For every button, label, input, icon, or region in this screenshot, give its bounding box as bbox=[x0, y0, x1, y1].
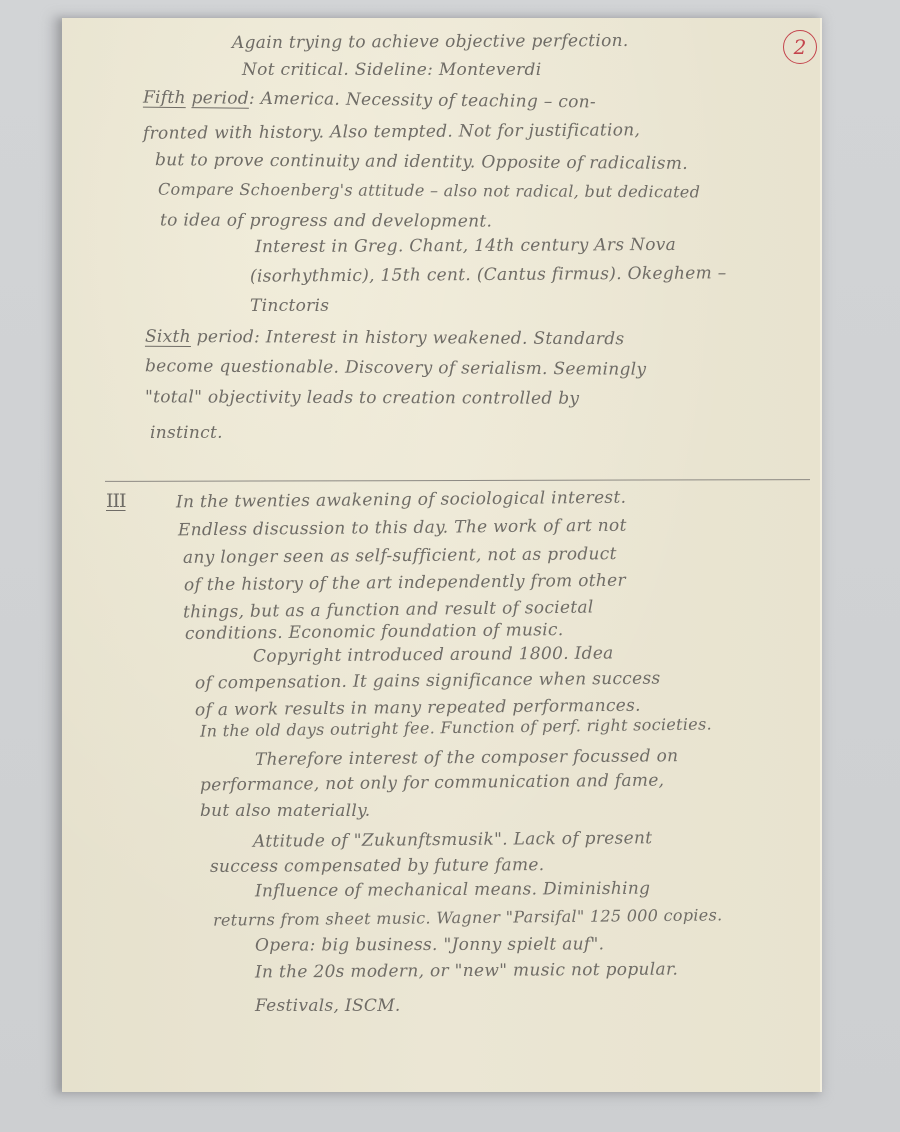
line-20: conditions. Economic foundation of music… bbox=[185, 622, 564, 643]
line-26: performance, not only for communication … bbox=[200, 773, 665, 795]
line-34: Festivals, ISCM. bbox=[255, 998, 401, 1015]
line-1: Again trying to achieve objective perfec… bbox=[232, 33, 629, 52]
line-7: to idea of progress and development. bbox=[160, 212, 492, 230]
line-30: Influence of mechanical means. Diminishi… bbox=[255, 881, 650, 901]
line-5: but to prove continuity and identity. Op… bbox=[155, 152, 688, 173]
line-25: Therefore interest of the composer focus… bbox=[255, 748, 678, 769]
line-18: of the history of the art independently … bbox=[184, 573, 626, 595]
line-sixth-period: Sixth period: Interest in history weaken… bbox=[145, 329, 625, 349]
sixth-text: period: Interest in history weakened. St… bbox=[191, 327, 625, 349]
line-2: Not critical. Sideline: Monteverdi bbox=[242, 62, 541, 79]
fifth-label: Fifth bbox=[143, 88, 186, 108]
line-32: Opera: big business. "Jonny spielt auf". bbox=[255, 936, 604, 954]
fifth-text: : America. Necessity of teaching – con- bbox=[249, 89, 596, 113]
line-12: become questionable. Discovery of serial… bbox=[145, 358, 646, 378]
period-label: period bbox=[191, 88, 249, 109]
line-22: of compensation. It gains significance w… bbox=[195, 671, 661, 693]
line-29: success compensated by future fame. bbox=[210, 857, 545, 876]
line-9: (isorhythmic), 15th cent. (Cantus firmus… bbox=[250, 265, 727, 285]
line-14: instinct. bbox=[150, 425, 223, 442]
line-8: Interest in Greg. Chant, 14th century Ar… bbox=[255, 237, 676, 256]
line-4: fronted with history. Also tempted. Not … bbox=[143, 122, 640, 142]
line-fifth-period: Fifth period: America. Necessity of teac… bbox=[143, 90, 596, 112]
line-13: "total" objectivity leads to creation co… bbox=[145, 389, 579, 408]
line-10: Tinctoris bbox=[250, 298, 329, 315]
line-27: but also materially. bbox=[200, 803, 370, 820]
line-19: things, but as a function and result of … bbox=[183, 599, 594, 621]
line-16: Endless discussion to this day. The work… bbox=[178, 518, 627, 540]
section-marker: III bbox=[106, 490, 126, 512]
line-15: In the twenties awakening of sociologica… bbox=[176, 490, 626, 512]
line-28: Attitude of "Zukunftsmusik". Lack of pre… bbox=[253, 830, 652, 850]
line-33: In the 20s modern, or "new" music not po… bbox=[255, 962, 678, 982]
line-17: any longer seen as self-sufficient, not … bbox=[183, 546, 617, 567]
line-6: Compare Schoenberg's attitude – also not… bbox=[158, 182, 700, 201]
line-21: Copyright introduced around 1800. Idea bbox=[253, 645, 614, 665]
page-number-circle: 2 bbox=[783, 30, 817, 64]
sixth-label: Sixth bbox=[145, 327, 191, 347]
